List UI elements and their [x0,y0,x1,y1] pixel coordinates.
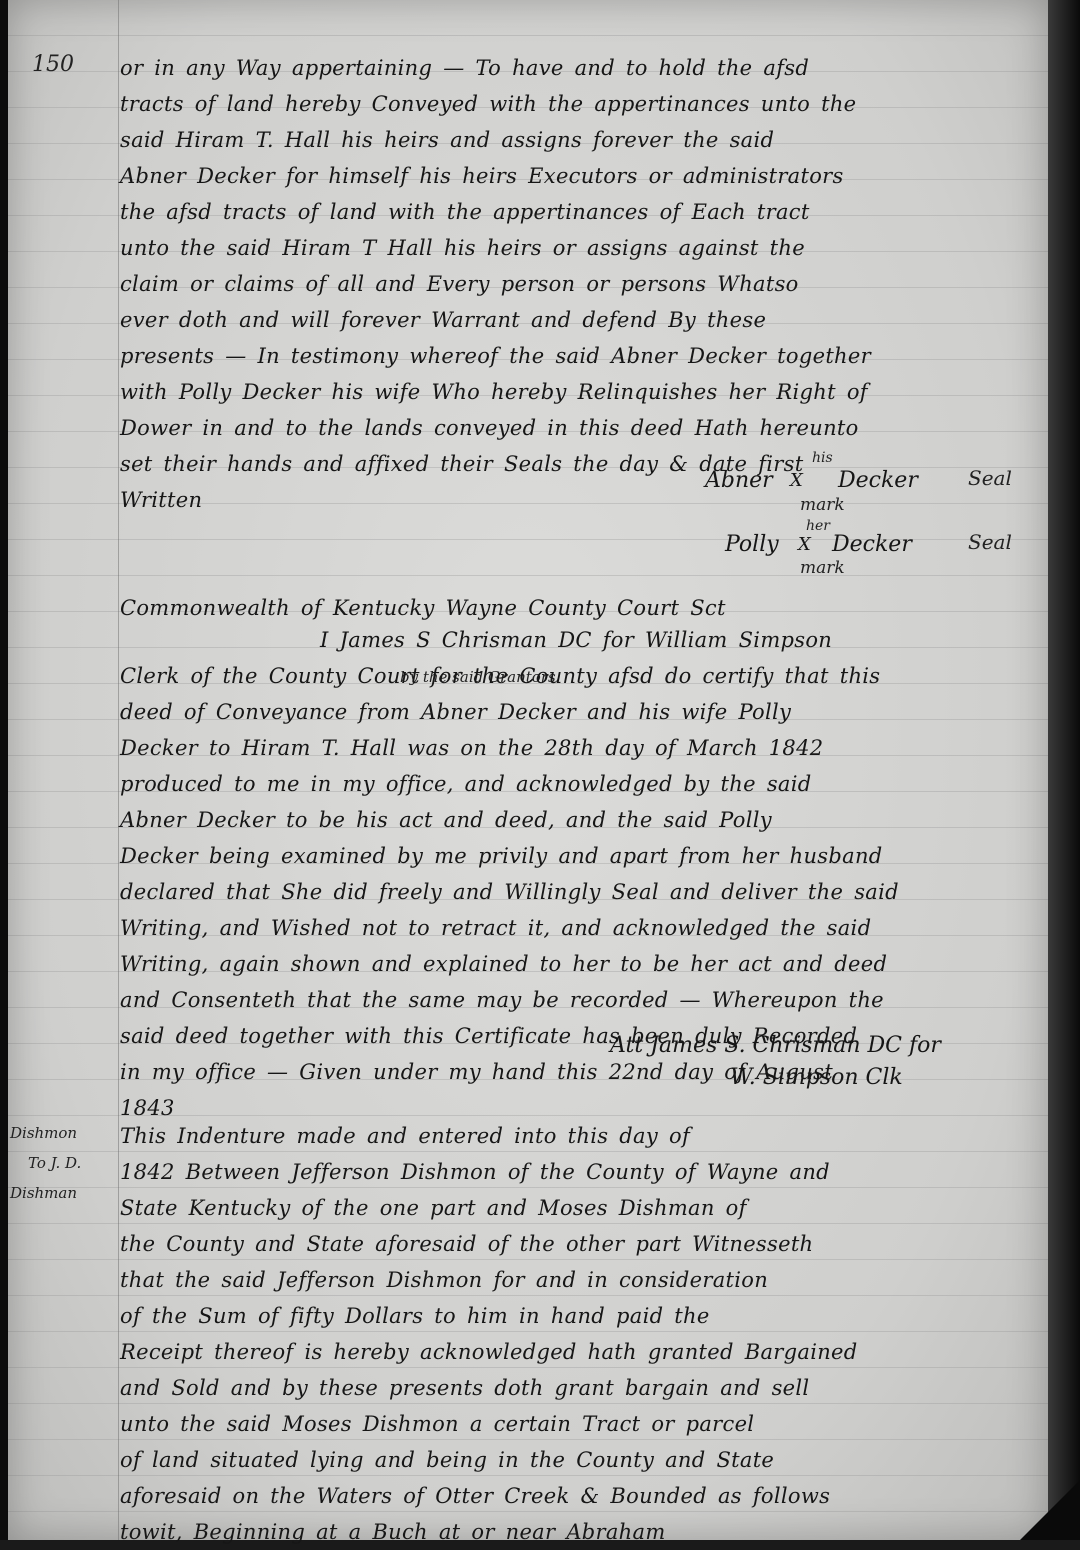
text-line: declared that She did freely and Willing… [120,874,1040,910]
clerk-signature: W. Simpson Clk [730,1065,903,1090]
text-line: unto the said Hiram T Hall his heirs or … [120,230,1040,266]
page-right-edge [1048,0,1080,1540]
text-line: ever doth and will forever Warrant and d… [120,302,1040,338]
margin-note-line: Dishman [10,1178,81,1208]
mark-label-above: her [806,518,830,534]
text-line: Clerk of the County Court for the County… [120,658,1040,694]
text-line: with Polly Decker his wife Who hereby Re… [120,374,1040,410]
mark-label-below: mark [800,495,845,515]
page-number: 150 [32,52,74,77]
signatory-first-name: Polly [725,532,779,557]
certificate-heading: Commonwealth of Kentucky Wayne County Co… [120,590,1040,626]
text-line: tracts of land hereby Conveyed with the … [120,86,1040,122]
text-line: Abner Decker to be his act and deed, and… [120,802,1040,838]
text-line: claim or claims of all and Every person … [120,266,1040,302]
text-line: Abner Decker for himself his heirs Execu… [120,158,1040,194]
x-mark-icon: X [798,534,811,555]
text-line: deed of Conveyance from Abner Decker and… [120,694,1040,730]
text-line: Receipt thereof is hereby acknowledged h… [120,1334,1040,1370]
text-line: State Kentucky of the one part and Moses… [120,1190,1040,1226]
text-line: or in any Way appertaining — To have and… [120,50,1040,86]
text-line: aforesaid on the Waters of Otter Creek &… [120,1478,1040,1514]
mark-label-above: his [812,450,833,466]
text-line: the afsd tracts of land with the apperti… [120,194,1040,230]
text-line: unto the said Moses Dishmon a certain Tr… [120,1406,1040,1442]
seal-icon: Seal [968,466,1012,490]
margin-note-line: To J. D. [10,1148,81,1178]
margin-note-line: Dishmon [10,1118,81,1148]
text-line: I James S Chrisman DC for William Simpso… [120,622,1040,658]
indenture-body: This Indenture made and entered into thi… [120,1118,1040,1540]
text-line: Writing, and Wished not to retract it, a… [120,910,1040,946]
text-line: said Hiram T. Hall his heirs and assigns… [120,122,1040,158]
seal-icon: Seal [968,530,1012,554]
text-line: Dower in and to the lands conveyed in th… [120,410,1040,446]
text-line: that the said Jefferson Dishmon for and … [120,1262,1040,1298]
text-line: and Sold and by these presents doth gran… [120,1370,1040,1406]
text-line: Decker being examined by me privily and … [120,838,1040,874]
text-line: This Indenture made and entered into thi… [120,1118,1040,1154]
margin-rule [118,0,119,1540]
deed-conclusion: or in any Way appertaining — To have and… [120,50,1040,518]
text-line: presents — In testimony whereof the said… [120,338,1040,374]
mark-label-below: mark [800,558,845,578]
text-line: Decker to Hiram T. Hall was on the 28th … [120,730,1040,766]
text-line: of land situated lying and being in the … [120,1442,1040,1478]
signatory-surname: Decker [838,468,918,493]
text-line: towit, Beginning at a Buch at or near Ab… [120,1514,1040,1540]
margin-note: Dishmon To J. D. Dishman [10,1118,81,1208]
attestation: Att James S. Chrisman DC for [610,1033,941,1058]
text-line: of the Sum of fifty Dollars to him in ha… [120,1298,1040,1334]
text-line: Writing, again shown and explained to he… [120,946,1040,982]
text-line: the County and State aforesaid of the ot… [120,1226,1040,1262]
text-line: 1842 Between Jefferson Dishmon of the Co… [120,1154,1040,1190]
signatory-surname: Decker [832,532,912,557]
text-line: produced to me in my office, and acknowl… [120,766,1040,802]
text-line: and Consenteth that the same may be reco… [120,982,1040,1018]
signatory-first-name: Abner [705,468,773,493]
x-mark-icon: X [790,470,803,491]
